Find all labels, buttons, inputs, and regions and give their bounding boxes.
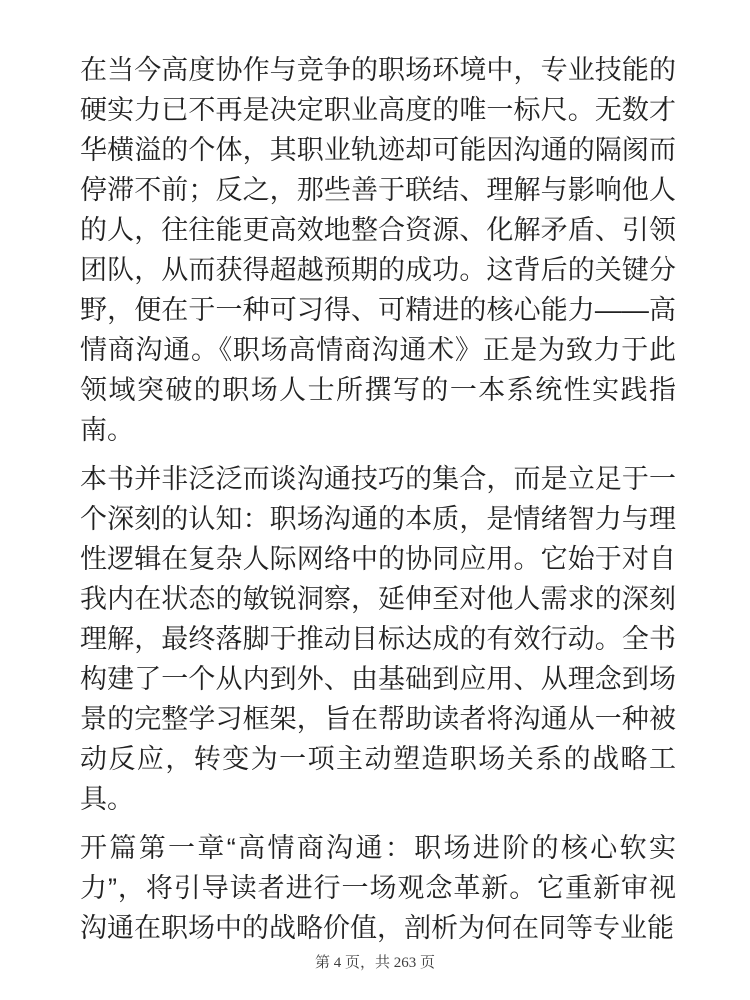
page-body-text: 在当今高度协作与竞争的职场环境中，专业技能的硬实力已不再是决定职业高度的唯一标尺… bbox=[80, 50, 676, 948]
paragraph: 在当今高度协作与竞争的职场环境中，专业技能的硬实力已不再是决定职业高度的唯一标尺… bbox=[80, 50, 676, 450]
page-number-footer: 第 4 页，共 263 页 bbox=[0, 951, 750, 972]
paragraph: 本书并非泛泛而谈沟通技巧的集合，而是立足于一个深刻的认知：职场沟通的本质，是情绪… bbox=[80, 459, 676, 819]
paragraph: 开篇第一章“高情商沟通：职场进阶的核心软实力”，将引导读者进行一场观念革新。它重… bbox=[80, 828, 676, 948]
document-page: 在当今高度协作与竞争的职场环境中，专业技能的硬实力已不再是决定职业高度的唯一标尺… bbox=[0, 0, 750, 1000]
